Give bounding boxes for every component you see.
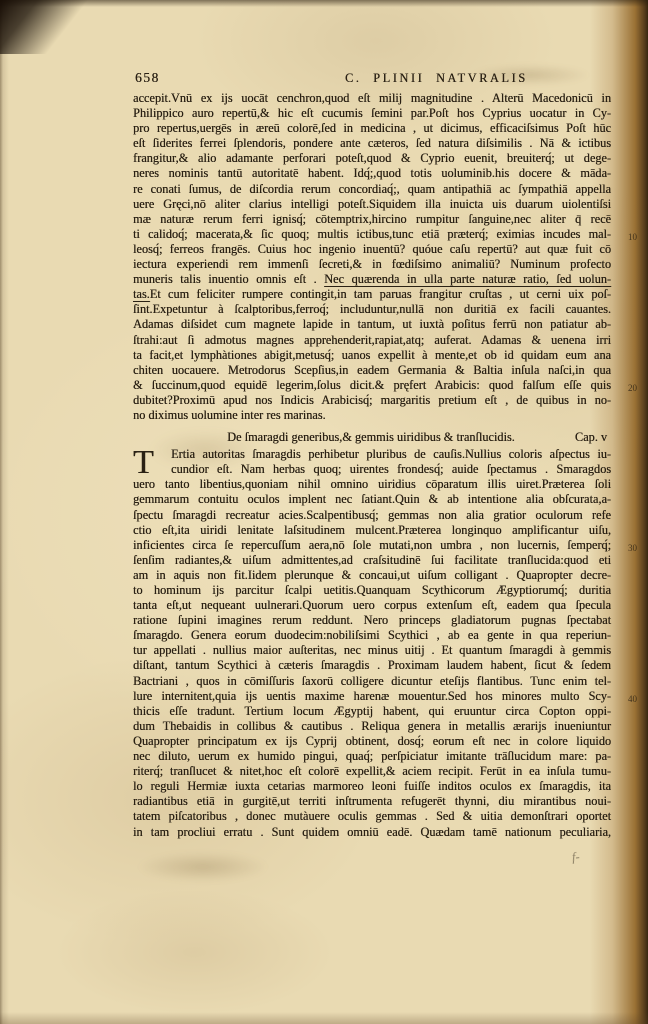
text-line: Adamas diſsidet cum magnete lapide in ta… [133,317,611,332]
text-line: ſmaragdo. Genera eorum duodecim:nobiliſs… [133,628,611,643]
text-line: ctio eſt,ita uiridi lenitate laſsitudine… [133,523,611,538]
text-line: neres nominis tantū autoritatē habent. I… [133,166,611,181]
text-line: ti calidoq́; macerata,& ſic quoq; multis… [133,227,611,242]
text-line: ſenſim radiantes,& uiſum admittentes,ad … [133,553,611,568]
text-line: frangitur,& alio adamante perforari pote… [133,151,611,166]
text-line: in tam procliui erratu . Sunt quidem omn… [133,825,611,840]
margin-line-number: 20 [628,381,637,396]
text-line: riterq́; tranſlucet & nitet,hoc eſt colo… [133,764,611,779]
underlined-text: Nec quærenda in ulla parte naturæ ratio,… [324,272,611,286]
text-line: cundior eſt. Nam herbas quoq; uirentes f… [133,462,611,477]
text-line: ta facit,et lymphàtiones abigit,metusq́;… [133,348,611,363]
text-line: diſtant, tantum Scythici à cæteris ſmara… [133,658,611,673]
text-line: Bactriani , quos in cōmiſſuris ſaxorū co… [133,674,611,689]
text-line: thicis eſſe tradunt. Tertium locum Ægypt… [133,704,611,719]
page-header: 658 C. PLINII NATVRALIS [133,70,611,87]
text-line: tas.Et cum feliciter rumpere contingit,i… [133,287,611,302]
running-title: C. PLINII NATVRALIS [345,71,528,86]
margin-line-number: 10 [628,230,637,245]
text-line: leosq́; ferreos frangēs. Cuius hoc ingen… [133,242,611,257]
text-line: chiten uocauere. Metrodorus Scepſius,in … [133,363,611,378]
text-line: dum Thebaidis in collibus & cautibus . R… [133,719,611,734]
margin-line-number: 40 [628,692,637,707]
text-line: & ſuccinum,quod equidē legerim,ſolus dic… [133,378,611,393]
folio-number: 658 [135,70,160,86]
text-line: uere Gręci,nō aliter clarius intelligi p… [133,197,611,212]
page-corner-shadow [0,0,92,54]
text-line: muneris talis inuentio omnis eſt . Nec q… [133,272,611,287]
text-line: ſpectu ſmaragdi recreatur acies.Scalpent… [133,508,611,523]
text-line: re conati ſumus, de diſcordia rerum conc… [133,182,611,197]
text-column: accepit.Vnū ex ijs uocāt cenchron,quod e… [133,91,611,840]
text-line: mæ naturæ rerum ferri ignisq́; cōtemptri… [133,212,611,227]
text-line: to hominum ijs parcitur ſcalpi uetitis.Q… [133,583,611,598]
paper-stain [138,852,268,882]
text-line: dubitet?Proximū apud nos Indicis Arabici… [133,393,611,408]
text-line: radiantibus etiā in gurgitē,ut territi i… [133,794,611,809]
chapter-number-label: Cap. v [561,430,611,445]
text-line: inficientes circa ſe repercuſſum aera,nō… [133,538,611,553]
text-line: lo reguli Hermiæ iuxta cetarias marmoreo… [133,779,611,794]
text-line: uero tanto libentius,quoniam nihil omnin… [133,477,611,492]
text-line: Philippico auro repertū,& hic eſt cucumi… [133,106,611,121]
text-line: tatem piſcatoribus , donec mutàuere ocul… [133,809,611,824]
text-line: ſint.Expetuntur à ſcalptoribus,ferroq́; … [133,302,611,317]
text-line: tur appellati . nullius maior auſteritas… [133,643,611,658]
book-page: 658 C. PLINII NATVRALIS accepit.Vnū ex i… [0,0,648,1024]
text-line: tanta eſt,ut nequeant uulnerari.Quorum u… [133,598,611,613]
text-line: iectura experiendi rem immenſi ſecreti,&… [133,257,611,272]
catchword: f- [571,850,580,866]
text-line: pro repertus,uergēs in æreū colorē,ſed i… [133,121,611,136]
text-line: gemmarum contuitu oculos implent nec ſat… [133,492,611,507]
text-line: eſt ſiderites ferrei ſplendoris, pondere… [133,136,611,151]
underlined-text: tas. [133,287,150,301]
text-line: ſtrahi:aut ſi admotus magnes apprehender… [133,333,611,348]
text-line: TErtia autoritas ſmaragdis perhibetur pl… [133,447,611,462]
text-line: lure internitent,quia ijs uentis maxime … [133,689,611,704]
chapter-heading-text: De ſmaragdi generibus,& gemmis uiridibus… [133,430,561,445]
text-line: ratione ſupini imagines rerum reddunt. N… [133,613,611,628]
text-line: nec diluto, uerum ex humido pingui, quaq… [133,749,611,764]
text-line: accepit.Vnū ex ijs uocāt cenchron,quod e… [133,91,611,106]
chapter-heading: De ſmaragdi generibus,& gemmis uiridibus… [133,430,611,445]
text-line: Quapropter principatum ex ijs Cyprij obt… [133,734,611,749]
margin-line-number: 30 [628,541,637,556]
text-line: no diximus uolumine inter res marinas. [133,408,611,423]
text-line: am in aquis non fit.Iidem plerunque & co… [133,568,611,583]
